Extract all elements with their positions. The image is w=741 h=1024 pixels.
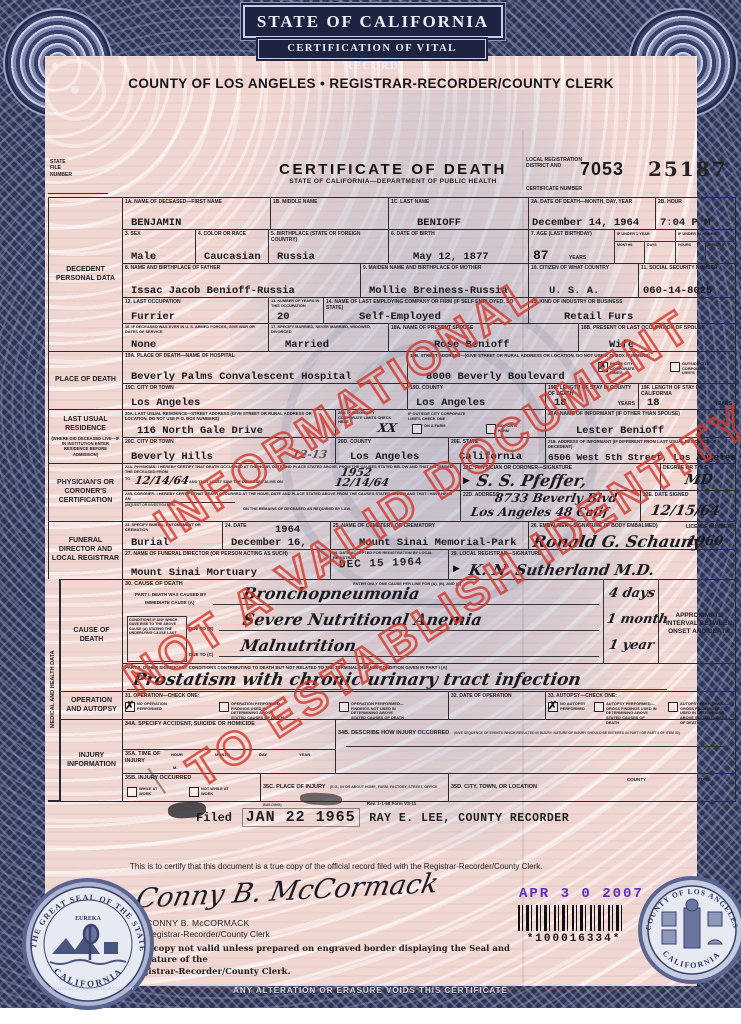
seal-center-figure — [684, 908, 700, 948]
conditions-note-box: CONDITIONS IF ANY WHICH GAVE RISE TO THE… — [127, 616, 187, 662]
field-19a-hospital: 19A. PLACE OF DEATH—NAME OF HOSPITALBeve… — [122, 351, 407, 383]
checkbox-icon — [594, 702, 604, 712]
field-12-occupation: 12. LAST OCCUPATIONFurrier — [122, 297, 268, 323]
purple-date-stamp: APR 3 0 2007 — [519, 886, 644, 902]
not-while-at-work-checkbox: NOT WHILE AT WORK — [189, 787, 231, 797]
checkbox-checked-icon — [125, 702, 135, 712]
field-13-years: 13. NUMBER OF YEARS IN THIS OCCUPATION20 — [268, 297, 323, 323]
barcode-number: *100016334* — [514, 933, 634, 945]
registrar-name: CONNY B. McCORMACK — [146, 918, 249, 928]
field-22e-date-signed: 22E. DATE SIGNED 12/15/64 — [640, 490, 735, 521]
section-medical-health-data: MEDICAL AND HEALTH DATA — [48, 579, 60, 801]
field-10-citizen: 10. CITIZEN OF WHAT COUNTRYU. S. A. — [528, 263, 638, 297]
field-23-burial: 23. SPECIFY BURIAL, ENTOMBMENT OR CREMAT… — [122, 521, 222, 549]
form-header: STATE FILE NUMBER CERTIFICATE OF DEATH S… — [48, 153, 735, 197]
field-2b-hour: 2B. HOUR7:04 P M — [655, 197, 735, 229]
field-30-cause-of-death: 30. CAUSE OF DEATH ENTER ONLY ONE CAUSE … — [122, 579, 735, 663]
checkbox-icon — [668, 702, 678, 712]
field-6-date-of-birth: 6. DATE OF BIRTHMay 12, 1877 — [388, 229, 528, 263]
no-operation-checkbox: NO OPERATION PERFORMED — [125, 702, 167, 712]
certificate-number-label: CERTIFICATE NUMBER — [526, 186, 582, 192]
seal-ship — [104, 942, 118, 954]
checkbox-icon — [219, 702, 229, 712]
field-33-autopsy: 33. AUTOPSY—CHECK ONE: NO AUTOPSY PERFOR… — [545, 691, 735, 719]
section-physician-certification: PHYSICIAN'S OR CORONER'S CERTIFICATION — [48, 463, 122, 521]
svg-text:EUREKA: EUREKA — [75, 916, 101, 922]
certification-banner: CERTIFICATION OF VITAL RECORD — [258, 39, 486, 59]
dec-15-1964-stamp: DEC 15 1964 — [339, 557, 423, 572]
no-autopsy-checkbox: NO AUTOPSY PERFORMED — [548, 702, 586, 712]
field-15-industry: 15. KIND OF INDUSTRY OR BUSINESSRetail F… — [528, 297, 735, 323]
field-29-local-registrar: 29. LOCAL REGISTRAR—SIGNATURE ▶ K. N. Su… — [448, 549, 735, 579]
field-30-part-2: PART II. OTHER SIGNIFICANT CONDITIONS CO… — [122, 663, 735, 691]
section-operation-autopsy: OPERATION AND AUTOPSY — [60, 691, 122, 719]
field-1b-middle-name: 1B. MIDDLE NAME — [270, 197, 388, 229]
checkbox-icon — [189, 787, 199, 797]
field-22b-coroner-certification: 22B. CORONER: I HEREBY CERTIFY THAT DEAT… — [122, 490, 460, 521]
field-17-marital: 17. SPECIFY MARRIED, NEVER MARRIED, WIDO… — [268, 323, 388, 351]
checkbox-checked-icon — [548, 702, 558, 712]
form-title: CERTIFICATE OF DEATH STATE OF CALIFORNIA… — [228, 161, 558, 185]
operation-findings-not-used-checkbox: OPERATION PERFORMED—FINDINGS NOT USED IN… — [339, 702, 407, 721]
not-on-a-farm-checkbox: NOT ON A FARM — [486, 424, 528, 434]
checkbox-checked-icon — [598, 362, 608, 372]
field-20d-county: 20D. COUNTYLos Angeles — [335, 437, 448, 463]
field-19c-city: 19C. CITY OR TOWNLos Angeles — [122, 383, 407, 409]
checkbox-icon — [670, 362, 680, 372]
section-place-of-death: PLACE OF DEATH — [48, 351, 122, 409]
field-18a-spouse: 18A. NAME OF PRESENT SPOUSERose Benioff — [388, 323, 578, 351]
field-35c-place-of-injury: 35C. PLACE OF INJURY (E.G., IN OR ABOUT … — [260, 773, 448, 801]
outside-city-checkbox: OUTSIDE CITY CORPORATE LIMITS — [670, 362, 716, 376]
state-banner: STATE OF CALIFORNIA — [243, 5, 503, 38]
checkbox-icon — [412, 424, 422, 434]
form-revision: Rev. 1-1-58 Form VS-11 — [48, 801, 735, 806]
field-3-sex: 3. SEXMale — [122, 229, 195, 263]
field-22a-physician-certification: 22A. PHYSICIAN: I HEREBY CERTIFY THAT DE… — [122, 463, 460, 490]
field-27-funeral-director: 27. NAME OF FUNERAL DIRECTOR (OR PERSON … — [122, 549, 330, 579]
field-1a-first-name: 1A. NAME OF DECEASED—FIRST NAMEBENJAMIN — [122, 197, 270, 229]
inside-city-checkbox: INSIDE CITY CORPORATE LIMITS — [598, 362, 644, 376]
field-18b-spouse-occupation: 18B. PRESENT OR LAST OCCUPATION OF SPOUS… — [578, 323, 735, 351]
field-21a-informant: 21A. NAME OF INFORMANT (IF OTHER THAN SP… — [545, 409, 735, 437]
checkbox-icon — [486, 424, 496, 434]
field-19e-stay-county: 19E. LENGTH OF STAY IN COUNTY OF DEATH18… — [545, 383, 638, 409]
validity-note: This copy not valid unless prepared on e… — [130, 944, 550, 978]
district-number: 7053 — [580, 159, 624, 180]
section-injury-information: INJURY INFORMATION — [60, 719, 122, 801]
signature-pointer-icon: ▶ — [453, 563, 460, 574]
field-5-birthplace: 5. BIRTHPLACE (STATE OR FOREIGN COUNTRY)… — [268, 229, 388, 263]
field-16-armed-forces: 16. IF DECEASED WAS EVER IN U. S. ARMED … — [122, 323, 268, 351]
checkbox-icon — [339, 702, 349, 712]
field-20a-residence-street: 20A. LAST USUAL RESIDENCE—STREET ADDRESS… — [122, 409, 335, 437]
barcode — [518, 905, 626, 931]
field-19b-street-address: 19B. STREET ADDRESS—(GIVE STREET OR RURA… — [407, 351, 735, 383]
registrar-title: Registrar-Recorder/County Clerk — [146, 929, 270, 939]
field-11-ssn: 11. SOCIAL SECURITY NUMBER060-14-8025 — [638, 263, 735, 297]
field-24-date: 24. DATE 1964 December 16, — [222, 521, 330, 549]
signature-pointer-icon: ▶ — [463, 475, 470, 486]
county-header: COUNTY OF LOS ANGELES • REGISTRAR-RECORD… — [45, 76, 697, 91]
seal-panel — [708, 912, 722, 926]
field-20e-state: 20E. STATECalifornia — [448, 437, 545, 463]
field-21b-informant-address: 21B. ADDRESS OF INFORMANT (IF DIFFERENT … — [545, 437, 735, 463]
field-1c-last-name: 1C. LAST NAMEBENIOFF — [388, 197, 528, 229]
while-at-work-checkbox: WHILE AT WORK — [127, 787, 163, 797]
seal-figure-head — [686, 899, 698, 911]
on-a-farm-checkbox: ON A FARM — [412, 424, 450, 434]
field-19f-stay-california: 19F. LENGTH OF STAY IN CALIFORNIA18 YEAR… — [638, 383, 735, 409]
section-cause-of-death: CAUSE OF DEATH — [60, 579, 122, 691]
field-14-employer: 14. NAME OF LAST EMPLOYING COMPANY OR FI… — [323, 297, 528, 323]
seal-panel — [662, 930, 676, 944]
field-34b-how-injury-occurred: 34B. DESCRIBE HOW INJURY OCCURRED (GIVE … — [335, 719, 735, 773]
field-20b-corporate-limits: 20B. IF INSIDE CITY CORPORATE LIMITS CHE… — [335, 409, 545, 437]
field-7-age: 7. AGE (LAST BIRTHDAY) 87 YEARS IF UNDER… — [528, 229, 735, 263]
field-22-degree: DEGREE OR TITLE MD — [660, 463, 735, 490]
field-35a-time-of-injury: 35A. TIME OF INJURY HOUR MONTH DAY YEAR … — [122, 749, 335, 773]
section-last-usual-residence: LAST USUAL RESIDENCE(WHERE DID DECEASED … — [48, 409, 122, 463]
field-19d-county: 19D. COUNTYLos Angeles — [407, 383, 545, 409]
bank-note-printer: MIDWEST BANK NOTE COMPANY — [50, 986, 135, 991]
field-26-embalmer: 26. EMBALMER—SIGNATURE (IF BODY EMBALMED… — [528, 521, 735, 549]
section-funeral-director: FUNERAL DIRECTOR AND LOCAL REGISTRAR — [48, 521, 122, 579]
field-28-date-accepted: 28. DATE ACCEPTED FOR REGISTRATION BY LO… — [330, 549, 448, 579]
field-22c-physician-signature: 22C. PHYSICIAN OR CORONER—SIGNATURE ▶ S.… — [460, 463, 660, 490]
field-9-mother: 9. MAIDEN NAME AND BIRTHPLACE OF MOTHERM… — [360, 263, 528, 297]
certify-statement: This is to certify that this document is… — [130, 862, 542, 871]
field-35b-injury-occurred: 35B. INJURY OCCURRED WHILE AT WORK NOT W… — [122, 773, 260, 801]
field-2a-date-of-death: 2A. DATE OF DEATH—MONTH, DAY, YEARDecemb… — [528, 197, 655, 229]
field-32-date-of-operation: 32. DATE OF OPERATION — [448, 691, 545, 719]
seal-panel — [662, 912, 676, 926]
certificate-number: 25187 — [648, 157, 728, 181]
checkbox-icon — [127, 787, 137, 797]
operation-findings-used-checkbox: OPERATION PERFORMED—FINDINGS USED IN DET… — [219, 702, 287, 721]
local-registration-label: LOCAL REGISTRATION DISTRICT AND — [526, 157, 582, 170]
field-20c-city: 20C. CITY OR TOWNBeverly Hills 12-13 — [122, 437, 335, 463]
field-34a-accident: 34A. SPECIFY ACCIDENT, SUICIDE OR HOMICI… — [122, 719, 335, 749]
filed-stamp: Filed JAN 22 1965 RAY E. LEE, COUNTY REC… — [196, 808, 569, 826]
field-35d-city-town: 35D. CITY, TOWN, OR LOCATION COUNTY STAT… — [448, 773, 735, 801]
field-4-color-race: 4. COLOR OR RACECaucasian — [195, 229, 268, 263]
field-25-cemetery: 25. NAME OF CEMETERY OR CREMATORYMount S… — [330, 521, 528, 549]
section-decedent: DECEDENT PERSONAL DATA — [48, 197, 122, 351]
field-31-operation: 31. OPERATION—CHECK ONE: NO OPERATION PE… — [122, 691, 448, 719]
county-seal: COUNTY OF LOS ANGELES CALIFORNIA — [636, 874, 741, 991]
field-22d-address: 22D. ADDRESS 8733 Beverly Blvd Los Angel… — [460, 490, 640, 521]
state-file-label: STATE FILE NUMBER — [50, 159, 72, 178]
form-grid: DECEDENT PERSONAL DATA PLACE OF DEATH LA… — [48, 197, 736, 802]
field-8-father: 8. NAME AND BIRTHPLACE OF FATHERIssac Ja… — [122, 263, 360, 297]
death-certificate-scan: STATE OF CALIFORNIA CERTIFICATION OF VIT… — [0, 0, 741, 1024]
